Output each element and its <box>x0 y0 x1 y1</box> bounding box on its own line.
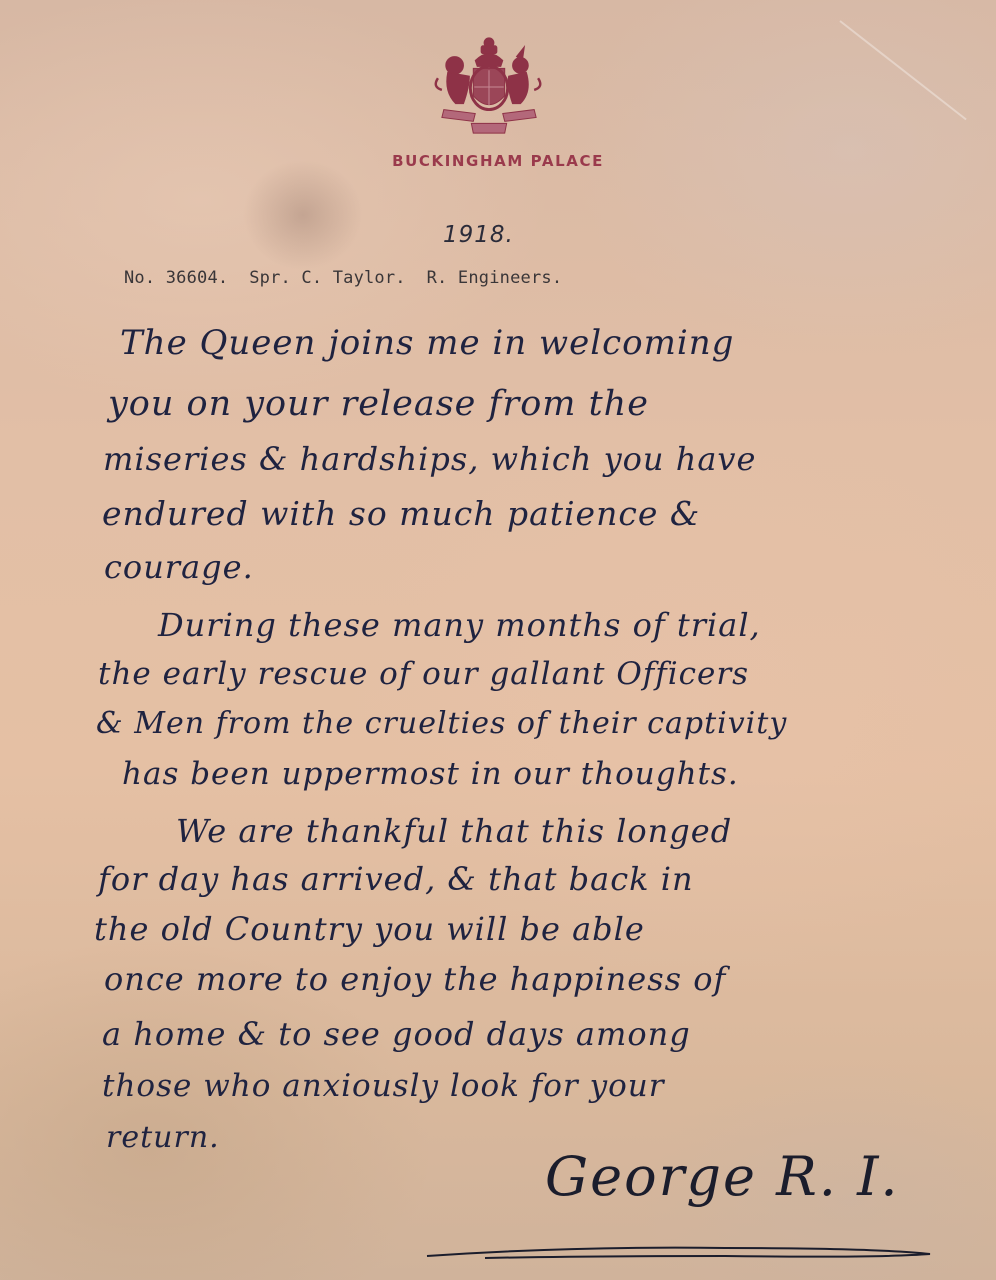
recipient-line: No. 36604. Spr. C. Taylor. R. Engineers. <box>124 268 562 288</box>
body-line: During these many months of trial, <box>158 606 761 644</box>
body-line: We are thankful that this longed <box>176 812 732 850</box>
body-line: those who anxiously look for your <box>102 1068 665 1104</box>
body-line: you on your release from the <box>108 384 649 424</box>
letterhead-title: BUCKINGHAM PALACE <box>0 152 996 170</box>
letter-page: BUCKINGHAM PALACE 1918. No. 36604. Spr. … <box>0 0 996 1280</box>
body-line: the old Country you will be able <box>94 910 645 948</box>
body-line: The Queen joins me in welcoming <box>120 323 734 363</box>
paper-crease <box>839 20 966 120</box>
royal-coat-of-arms-icon <box>430 33 548 141</box>
body-line: endured with so much patience & <box>102 494 700 533</box>
body-line: has been uppermost in our thoughts. <box>122 756 739 792</box>
body-line: once more to enjoy the happiness of <box>104 960 726 998</box>
body-line: the early rescue of our gallant Officers <box>98 656 749 692</box>
body-line: courage. <box>104 548 254 586</box>
body-line: a home & to see good days among <box>102 1015 691 1053</box>
body-line: for day has arrived, & that back in <box>98 860 694 898</box>
body-line: miseries & hardships, which you have <box>103 440 756 478</box>
signature: George R. I. <box>545 1145 900 1208</box>
body-line: return. <box>106 1120 220 1155</box>
body-line: & Men from the cruelties of their captiv… <box>96 706 787 741</box>
signature-underline-flourish <box>425 1240 935 1270</box>
letter-date: 1918. <box>443 222 514 248</box>
